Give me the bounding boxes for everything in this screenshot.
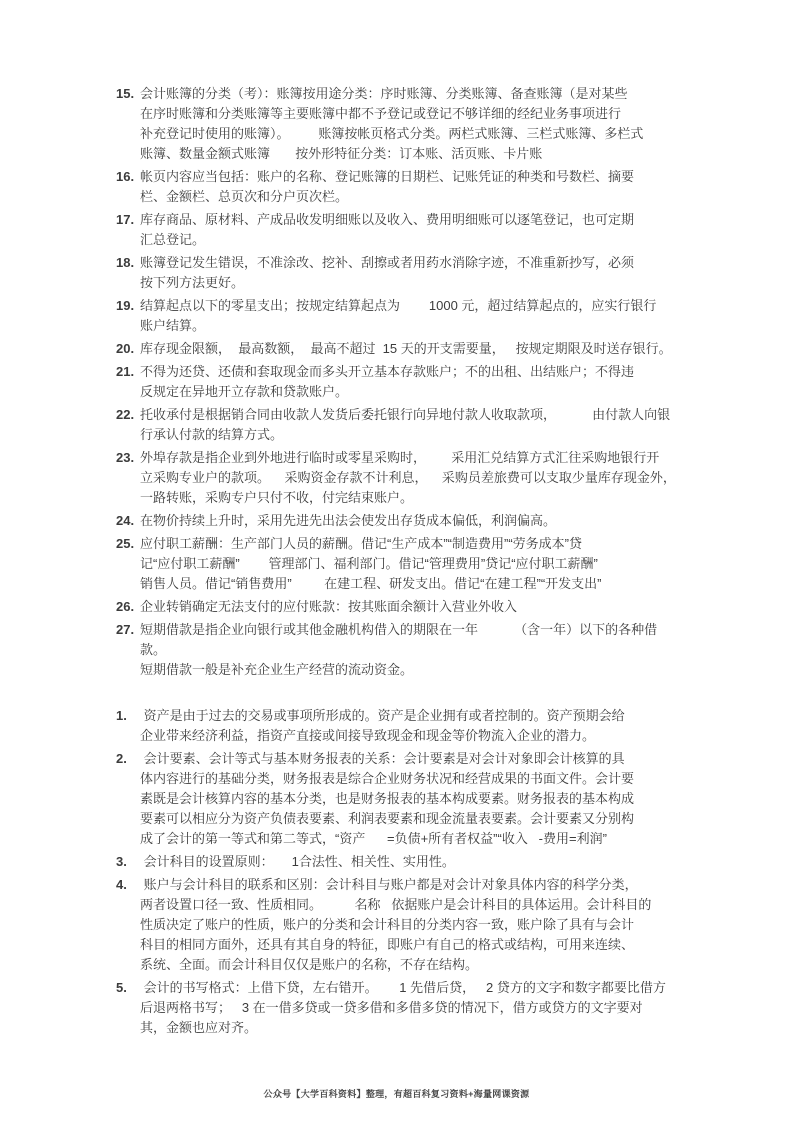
item-text: 库存现金限额， 最高数额， 最高不超过 15 天的开支需要量， 按规定期限及时送… [140, 339, 682, 359]
item-number: 5. [116, 978, 140, 998]
item-number: 22. [116, 405, 140, 425]
list-item: 17.库存商品、原材料、产成品收发明细账以及收入、费用明细账可以逐笔登记，也可定… [116, 210, 682, 250]
item-number: 26. [116, 597, 140, 617]
item-text: 短期借款是指企业向银行或其他金融机构借入的期限在一年 （含一年）以下的各种借款。… [140, 620, 682, 680]
list-item: 16.帐页内容应当包括：账户的名称、登记账簿的日期栏、记账凭证的种类和号数栏、摘… [116, 167, 682, 207]
item-number: 17. [116, 210, 140, 230]
list-item: 26.企业转销确定无法支付的应付账款：按其账面余额计入营业外收入 [116, 597, 682, 617]
list-item: 19.结算起点以下的零星支出；按规定结算起点为 1000 元，超过结算起点的，应… [116, 296, 682, 336]
list-item: 2. 会计要素、会计等式与基本财务报表的关系：会计要素是对会计对象即会计核算的具… [116, 749, 682, 849]
item-text: 资产是由于过去的交易或事项所形成的。资产是企业拥有或者控制的。资产预期会给 企业… [140, 706, 682, 746]
list-item: 23.外埠存款是指企业到外地进行临时或零星采购时， 采用汇兑结算方式汇往采购地银… [116, 448, 682, 508]
item-text: 应付职工薪酬：生产部门人员的薪酬。借记“生产成本”“制造费用”“劳务成本”贷 记… [140, 534, 682, 594]
item-text: 账簿登记发生错误，不准涂改、挖补、刮擦或者用药水消除字迹，不准重新抄写，必须 按… [140, 253, 682, 293]
list-item: 3. 会计科目的设置原则： 1合法性、相关性、实用性。 [116, 852, 682, 872]
item-text: 帐页内容应当包括：账户的名称、登记账簿的日期栏、记账凭证的种类和号数栏、摘要 栏… [140, 167, 682, 207]
item-text: 会计的书写格式：上借下贷，左右错开。 1 先借后贷， 2 贷方的文字和数字都要比… [140, 978, 682, 1038]
item-number: 23. [116, 448, 140, 468]
item-number: 18. [116, 253, 140, 273]
item-text: 企业转销确定无法支付的应付账款：按其账面余额计入营业外收入 [140, 597, 682, 617]
item-text: 账户与会计科目的联系和区别：会计科目与账户都是对会计对象具体内容的科学分类， 两… [140, 875, 682, 975]
list-item: 25.应付职工薪酬：生产部门人员的薪酬。借记“生产成本”“制造费用”“劳务成本”… [116, 534, 682, 594]
item-number: 25. [116, 534, 140, 554]
list-item: 21.不得为还贷、还债和套取现金而多头开立基本存款账户；不的出租、出结账户；不得… [116, 362, 682, 402]
list-item: 1. 资产是由于过去的交易或事项所形成的。资产是企业拥有或者控制的。资产预期会给… [116, 706, 682, 746]
item-text: 在物价持续上升时，采用先进先出法会使发出存货成本偏低，利润偏高。 [140, 511, 682, 531]
item-number: 20. [116, 339, 140, 359]
list-item: 27.短期借款是指企业向银行或其他金融机构借入的期限在一年 （含一年）以下的各种… [116, 620, 682, 680]
item-text: 托收承付是根据销合同由收款人发货后委托银行向异地付款人收取款项， 由付款人向银 … [140, 405, 682, 445]
item-number: 2. [116, 749, 140, 769]
item-number: 15. [116, 84, 140, 104]
page-footer-text: 公众号【大学百科资料】整理，有超百科复习资料+海量网课资源 [0, 1089, 793, 1100]
list-item: 22.托收承付是根据销合同由收款人发货后委托银行向异地付款人收取款项， 由付款人… [116, 405, 682, 445]
list-item: 20.库存现金限额， 最高数额， 最高不超过 15 天的开支需要量， 按规定期限… [116, 339, 682, 359]
list-item: 15.会计账簿的分类（考）：账簿按用途分类：序时账簿、分类账簿、备查账簿（是对某… [116, 84, 682, 164]
item-text: 不得为还贷、还债和套取现金而多头开立基本存款账户；不的出租、出结账户；不得违 反… [140, 362, 682, 402]
list-item: 24.在物价持续上升时，采用先进先出法会使发出存货成本偏低，利润偏高。 [116, 511, 682, 531]
item-text: 会计要素、会计等式与基本财务报表的关系：会计要素是对会计对象即会计核算的具 体内… [140, 749, 682, 849]
list-item: 5. 会计的书写格式：上借下贷，左右错开。 1 先借后贷， 2 贷方的文字和数字… [116, 978, 682, 1038]
item-number: 4. [116, 875, 140, 895]
list-item: 18.账簿登记发生错误，不准涂改、挖补、刮擦或者用药水消除字迹，不准重新抄写，必… [116, 253, 682, 293]
item-text: 库存商品、原材料、产成品收发明细账以及收入、费用明细账可以逐笔登记，也可定期 汇… [140, 210, 682, 250]
list-accounting-basics: 1. 资产是由于过去的交易或事项所形成的。资产是企业拥有或者控制的。资产预期会给… [116, 706, 682, 1038]
item-text: 结算起点以下的零星支出；按规定结算起点为 1000 元，超过结算起点的，应实行银… [140, 296, 682, 336]
item-text: 会计账簿的分类（考）：账簿按用途分类：序时账簿、分类账簿、备查账簿（是对某些 在… [140, 84, 682, 164]
item-text: 外埠存款是指企业到外地进行临时或零星采购时， 采用汇兑结算方式汇往采购地银行开 … [140, 448, 682, 508]
item-number: 19. [116, 296, 140, 316]
list-item: 4. 账户与会计科目的联系和区别：会计科目与账户都是对会计对象具体内容的科学分类… [116, 875, 682, 975]
page-content: 15.会计账簿的分类（考）：账簿按用途分类：序时账簿、分类账簿、备查账簿（是对某… [116, 84, 682, 1041]
item-number: 16. [116, 167, 140, 187]
item-number: 1. [116, 706, 140, 726]
item-number: 27. [116, 620, 140, 640]
item-number: 21. [116, 362, 140, 382]
item-number: 24. [116, 511, 140, 531]
item-number: 3. [116, 852, 140, 872]
item-text: 会计科目的设置原则： 1合法性、相关性、实用性。 [140, 852, 682, 872]
document-page: 15.会计账簿的分类（考）：账簿按用途分类：序时账簿、分类账簿、备查账簿（是对某… [0, 0, 793, 1122]
list-accounting-notes: 15.会计账簿的分类（考）：账簿按用途分类：序时账簿、分类账簿、备查账簿（是对某… [116, 84, 682, 680]
